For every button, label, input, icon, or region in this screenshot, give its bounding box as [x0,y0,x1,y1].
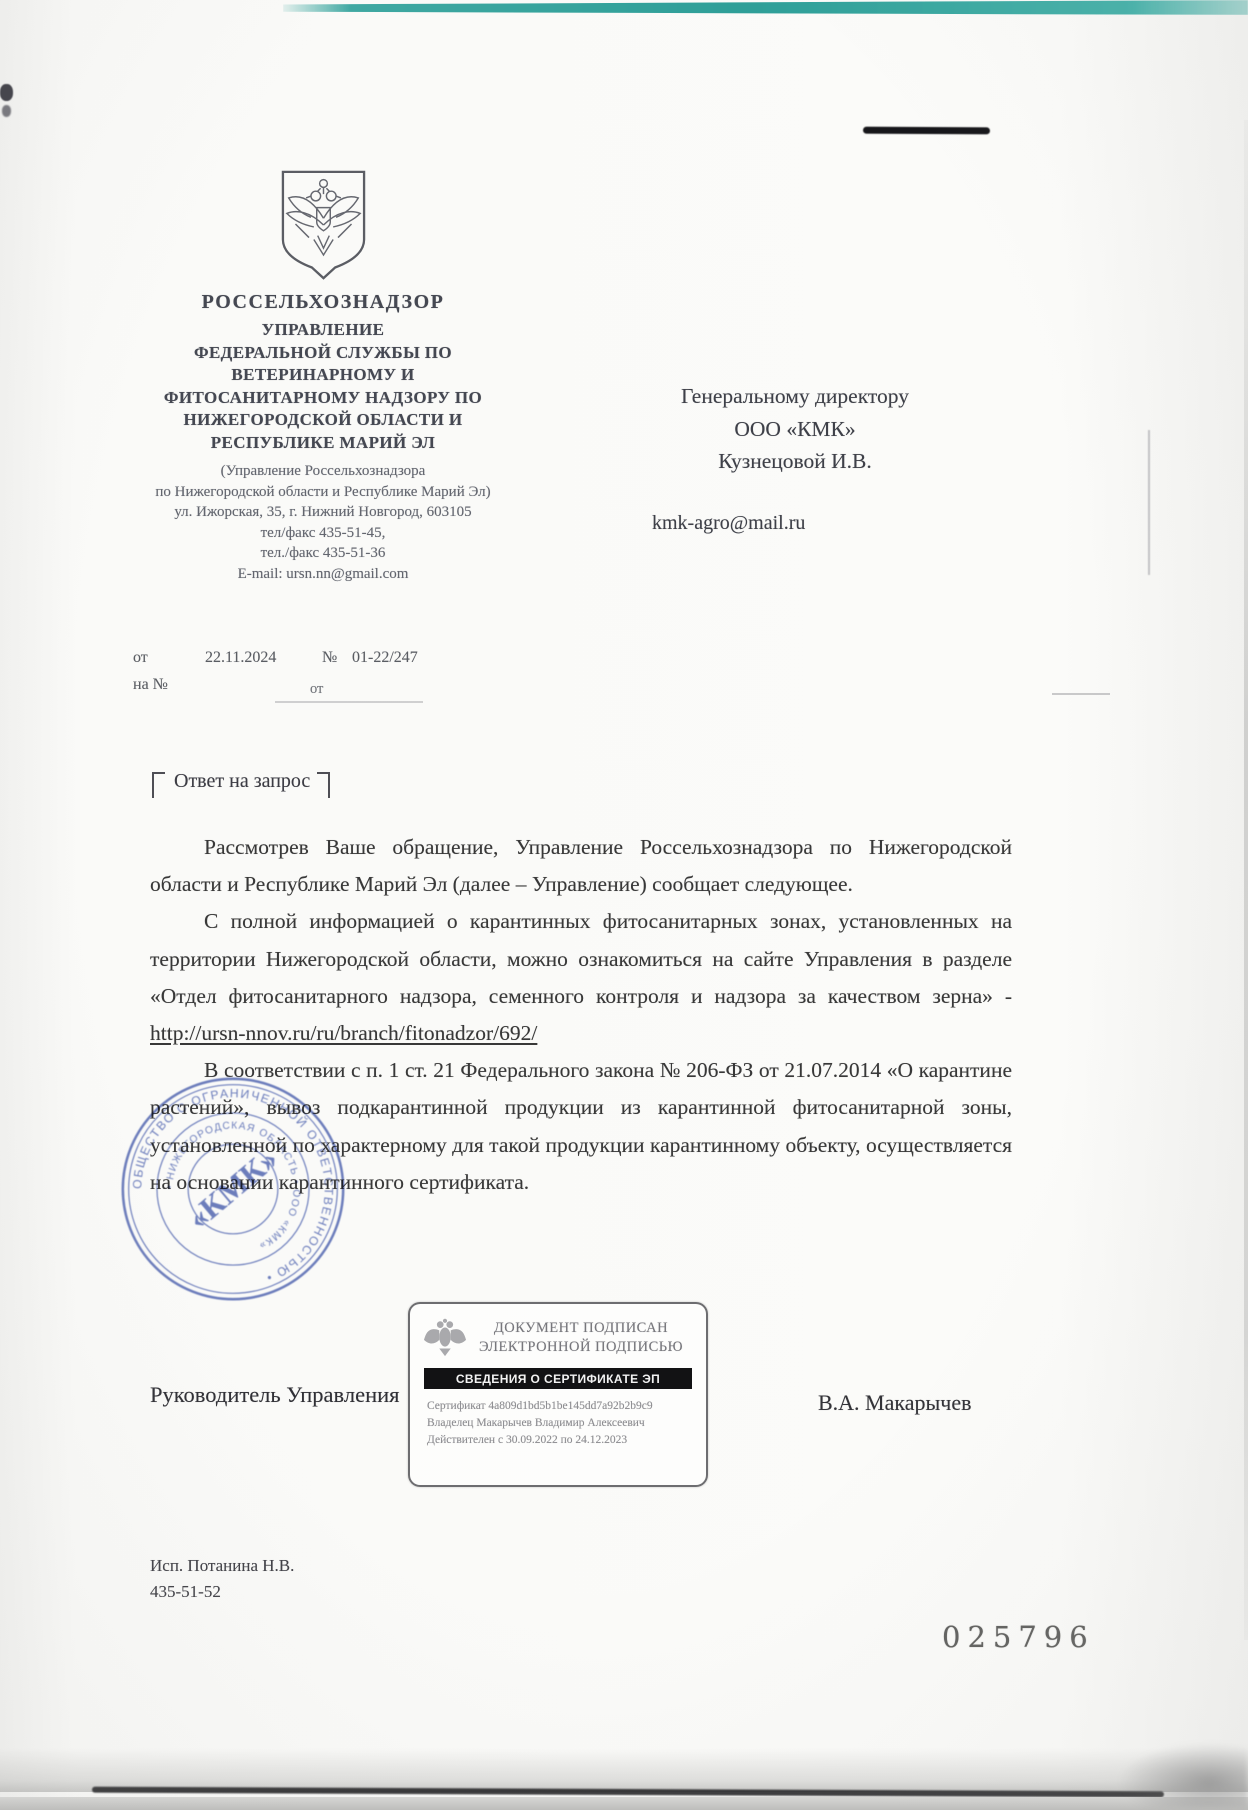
body-paragraph: Рассмотрев Ваше обращение, Управление Ро… [150,829,1012,903]
russian-coat-of-arms-icon [275,168,372,282]
phone-line: тел/факс 435-51-45, [88,523,558,544]
ref-number-label: № [322,649,337,667]
org-subtitle-line: (Управление Россельхознадзора [88,461,558,482]
scanned-letter-page: РОССЕЛЬХОЗНАДЗОР УПРАВЛЕНИЕ ФЕДЕРАЛЬНОЙ … [0,0,1248,1810]
recipient-title-line: Генеральному директору [565,380,1025,413]
org-name-line: ФИТОСАНИТАРНОМУ НАДЗОРУ ПО [88,387,558,410]
esign-title-line: ЭЛЕКТРОННОЙ ПОДПИСЬЮ [468,1338,694,1358]
ref-date: 22.11.2024 [205,649,276,667]
letterhead: РОССЕЛЬХОЗНАДЗОР УПРАВЛЕНИЕ ФЕДЕРАЛЬНОЙ … [88,168,558,584]
stamp-center-text: «КМК» [181,1141,285,1236]
esign-eagle-icon [422,1317,468,1359]
corner-bracket-left-mark [152,772,165,798]
scan-speck-artifact [0,84,13,101]
body-paragraph: С полной информацией о карантинных фитос… [150,903,1012,1052]
org-name-line: ФЕДЕРАЛЬНОЙ СЛУЖБЫ ПО [88,342,558,365]
scan-edge-shadow [1244,120,1248,1640]
email-line: E-mail: ursn.nn@gmail.com [88,564,558,585]
esign-cert-validity: Действителен с 30.09.2022 по 24.12.2023 [427,1432,694,1449]
ref-date-label: от [133,649,148,667]
ref-reply-date-label: от [310,681,323,698]
ref-reply-label: на № [133,676,168,694]
signer-name: В.А. Макарычев [818,1390,972,1416]
ref-number: 01-22/247 [352,649,418,667]
scan-speck-artifact [2,105,11,117]
recipient-email: kmk-agro@mail.ru [652,512,805,535]
recipient-company-line: ООО «КМК» [565,413,1025,446]
esign-title: ДОКУМЕНТ ПОДПИСАН ЭЛЕКТРОННОЙ ПОДПИСЬЮ [468,1319,694,1358]
scanner-edge-teal-artifact [283,0,1248,15]
ref-blank-underline [1052,693,1110,695]
page-stamp-number: 025796 [942,1620,1095,1654]
executor-phone: 435-51-52 [150,1579,294,1605]
org-name-line: ВЕТЕРИНАРНОМУ И [88,364,558,387]
scan-bottom-shadow [0,1748,1248,1792]
signer-title: Руководитель Управления [150,1382,400,1408]
esign-cert-owner: Владелец Макарычев Владимир Алексеевич [427,1415,694,1432]
org-subtitle-line: по Нижегородской области и Республике Ма… [88,482,558,503]
recipient-block: Генеральному директору ООО «КМК» Кузнецо… [565,380,1025,478]
org-contacts-block: (Управление Россельхознадзора по Нижегор… [88,461,558,584]
org-name-block: УПРАВЛЕНИЕ ФЕДЕРАЛЬНОЙ СЛУЖБЫ ПО ВЕТЕРИН… [88,319,558,454]
agency-name: РОССЕЛЬХОЗНАДЗОР [88,291,558,314]
esign-cert-number: Сертификат 4a809d1bd5b1be145dd7a92b2b9c9 [427,1398,694,1415]
scan-dash-artifact [863,127,990,135]
subject-line: Ответ на запрос [152,770,330,798]
kmk-stamp-icon: ОБЩЕСТВО С ОГРАНИЧЕННОЙ ОТВЕТСТВЕННОСТЬЮ… [116,1072,350,1306]
scan-bottom-edge [0,1797,1248,1810]
executor-block: Исп. Потанина Н.В. 435-51-52 [150,1553,294,1605]
address-line: ул. Ижорская, 35, г. Нижний Новгород, 60… [88,502,558,523]
scan-line-artifact [1148,430,1150,575]
scan-corner-smudge [1118,1742,1248,1808]
body-paragraph-text: С полной информацией о карантинных фитос… [150,909,1012,1007]
executor-name: Исп. Потанина Н.В. [150,1553,294,1579]
ref-blank-underline [275,701,423,703]
org-name-line: УПРАВЛЕНИЕ [88,319,558,342]
subject-text: Ответ на запрос [174,770,310,793]
esign-certificate-bar: СВЕДЕНИЯ О СЕРТИФИКАТЕ ЭП [424,1368,692,1389]
recipient-person-line: Кузнецовой И.В. [565,445,1025,478]
site-link[interactable]: http://ursn-nnov.ru/ru/branch/fitonadzor… [150,1021,537,1045]
company-round-stamp: ОБЩЕСТВО С ОГРАНИЧЕННОЙ ОТВЕТСТВЕННОСТЬЮ… [116,1072,350,1306]
phone-line: тел./факс 435-51-36 [88,543,558,564]
corner-bracket-right-mark [317,772,330,798]
electronic-signature-box: ДОКУМЕНТ ПОДПИСАН ЭЛЕКТРОННОЙ ПОДПИСЬЮ С… [408,1302,708,1487]
esign-certificate-details: Сертификат 4a809d1bd5b1be145dd7a92b2b9c9… [422,1398,694,1449]
org-name-line: НИЖЕГОРОДСКОЙ ОБЛАСТИ И [88,409,558,432]
esign-header: ДОКУМЕНТ ПОДПИСАН ЭЛЕКТРОННОЙ ПОДПИСЬЮ [422,1317,694,1359]
esign-title-line: ДОКУМЕНТ ПОДПИСАН [468,1319,694,1339]
org-name-line: РЕСПУБЛИКЕ МАРИЙ ЭЛ [88,432,558,455]
